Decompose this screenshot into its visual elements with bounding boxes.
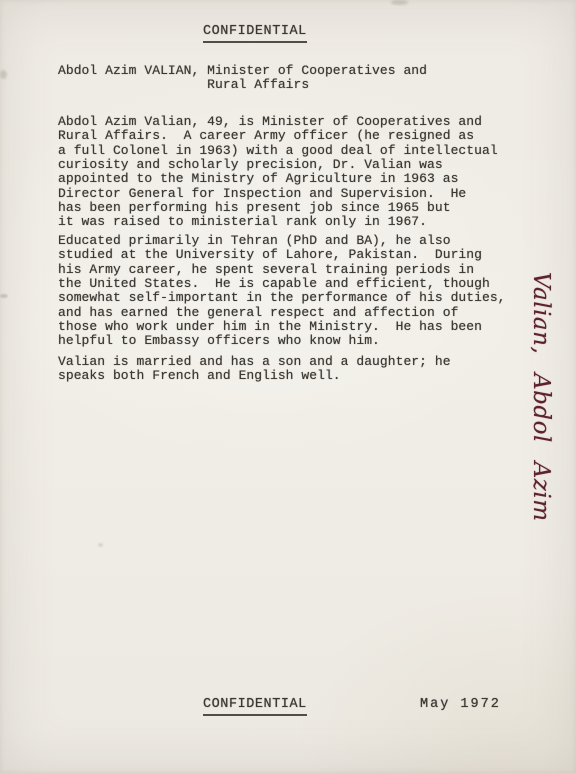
document-page: CONFIDENTIAL Abdol Azim VALIAN, Minister…	[0, 0, 576, 773]
paper-smudge	[98, 543, 103, 547]
paper-smudge	[391, 0, 408, 5]
document-title: Abdol Azim VALIAN, Minister of Cooperati…	[58, 64, 427, 93]
bio-paragraph-education: Educated primarily in Tehran (PhD and BA…	[58, 234, 506, 349]
classification-header: CONFIDENTIAL	[203, 24, 307, 43]
bio-paragraph-family: Valian is married and has a son and a da…	[58, 355, 451, 384]
classification-footer: CONFIDENTIAL	[203, 697, 307, 716]
handwritten-margin-annotation: Valian, Abdol Azim	[526, 272, 556, 524]
paper-smudge	[0, 70, 7, 79]
bio-paragraph-career: Abdol Azim Valian, 49, is Minister of Co…	[58, 115, 498, 230]
date-stamp: May 1972	[420, 697, 501, 713]
paper-smudge	[0, 294, 8, 298]
